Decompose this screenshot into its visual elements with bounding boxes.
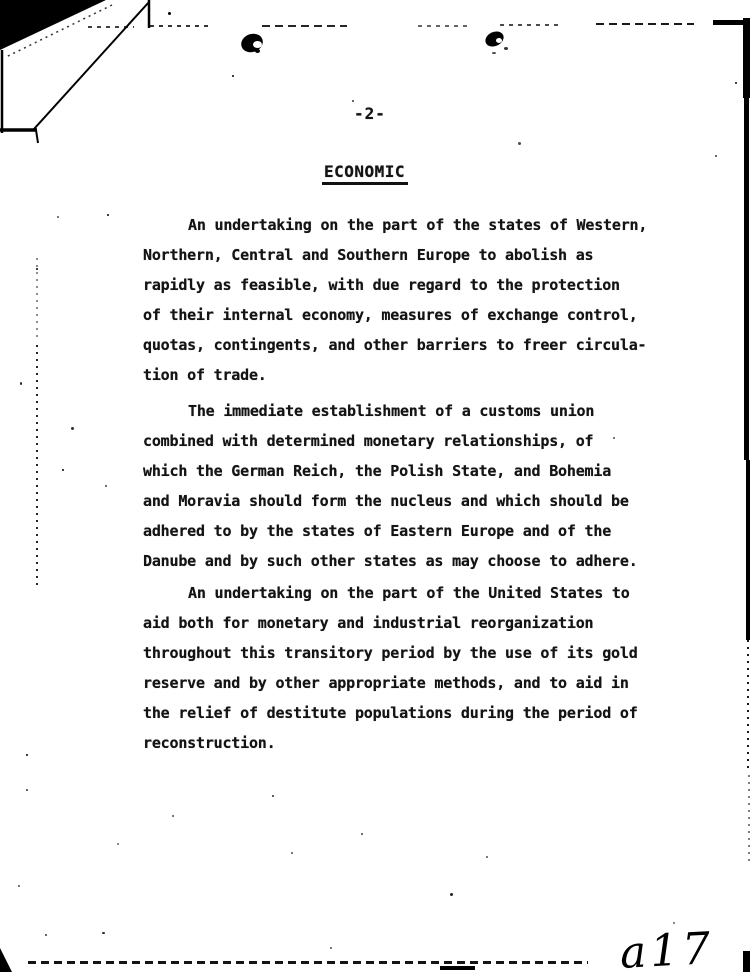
typed-line: throughout this transitory period by the… <box>143 638 673 668</box>
bottom-right-edge-mark <box>743 951 750 972</box>
top-edge-dash-segment <box>150 25 210 27</box>
paragraph: The immediate establishment of a customs… <box>143 396 673 576</box>
bottom-edge-dashes <box>28 961 588 964</box>
noise-dot <box>486 856 488 858</box>
noise-dot <box>272 795 274 797</box>
top-edge-dash-segment <box>596 23 694 25</box>
noise-dot <box>26 789 28 791</box>
right-edge-strip <box>746 460 750 640</box>
left-margin-dotted-line <box>36 258 38 338</box>
typed-line: The immediate establishment of a customs… <box>143 396 673 426</box>
noise-dot <box>361 833 363 835</box>
noise-dot <box>330 947 332 949</box>
typed-line: which the German Reich, the Polish State… <box>143 456 673 486</box>
left-margin-dotted-line <box>36 345 38 585</box>
noise-dot <box>102 932 105 934</box>
typed-line: of their internal economy, measures of e… <box>143 300 673 330</box>
noise-dot <box>172 815 174 817</box>
noise-dot <box>291 852 293 854</box>
typed-line: An undertaking on the part of the United… <box>143 578 673 608</box>
noise-dot <box>107 214 109 216</box>
noise-dot <box>168 12 171 15</box>
bottom-left-corner-mark <box>0 948 12 972</box>
noise-dot <box>71 427 74 430</box>
noise-dot <box>673 922 675 924</box>
top-edge-dash-segment <box>418 25 472 27</box>
noise-dot <box>715 155 717 157</box>
noise-dot <box>352 100 354 102</box>
top-edge-dash-segment <box>262 25 347 27</box>
noise-dot <box>62 469 64 471</box>
page-corner-fold-artifact <box>0 0 170 155</box>
typed-line: reconstruction. <box>143 728 673 758</box>
typed-line: An undertaking on the part of the states… <box>143 210 673 240</box>
typed-line: quotas, contingents, and other barriers … <box>143 330 673 360</box>
top-edge-dash-segment <box>88 26 134 28</box>
page-number: -2- <box>354 104 386 123</box>
typed-line: and Moravia should form the nucleus and … <box>143 486 673 516</box>
noise-dot <box>26 754 28 756</box>
right-edge-strip <box>744 98 749 460</box>
top-edge-dash-segment <box>500 24 560 26</box>
handwritten-mark: a17 <box>619 927 731 972</box>
typed-line: adhered to by the states of Eastern Euro… <box>143 516 673 546</box>
typed-line: combined with determined monetary relati… <box>143 426 673 456</box>
typed-line: tion of trade. <box>143 360 673 390</box>
right-edge-strip <box>743 18 750 98</box>
noise-dot <box>45 934 47 936</box>
noise-dot <box>117 843 119 845</box>
noise-dot <box>18 885 20 887</box>
noise-dot <box>450 893 453 896</box>
typed-line: rapidly as feasible, with due regard to … <box>143 270 673 300</box>
noise-dot <box>613 437 615 439</box>
section-title: ECONOMIC <box>322 162 408 185</box>
scanned-document-page: -2- ECONOMIC An undertaking on the part … <box>0 0 750 972</box>
noise-dot <box>105 485 107 487</box>
noise-dot <box>518 142 521 145</box>
document-body: An undertaking on the part of the states… <box>143 210 673 758</box>
noise-dot <box>20 382 22 385</box>
fastener-mark-right <box>484 30 510 56</box>
typed-line: the relief of destitute populations duri… <box>143 698 673 728</box>
typed-line: Northern, Central and Southern Europe to… <box>143 240 673 270</box>
right-edge-dotted-strip <box>747 640 749 770</box>
noise-dot <box>232 75 234 77</box>
paragraph: An undertaking on the part of the states… <box>143 210 673 390</box>
typed-line: reserve and by other appropriate methods… <box>143 668 673 698</box>
noise-dot <box>36 268 38 270</box>
bottom-edge-thick-dash <box>440 966 475 970</box>
fastener-mark-left <box>240 32 268 58</box>
typed-line: aid both for monetary and industrial reo… <box>143 608 673 638</box>
paragraph: An undertaking on the part of the United… <box>143 578 673 758</box>
noise-dot <box>735 82 737 84</box>
noise-dot <box>57 216 59 218</box>
typed-line: Danube and by such other states as may c… <box>143 546 673 576</box>
